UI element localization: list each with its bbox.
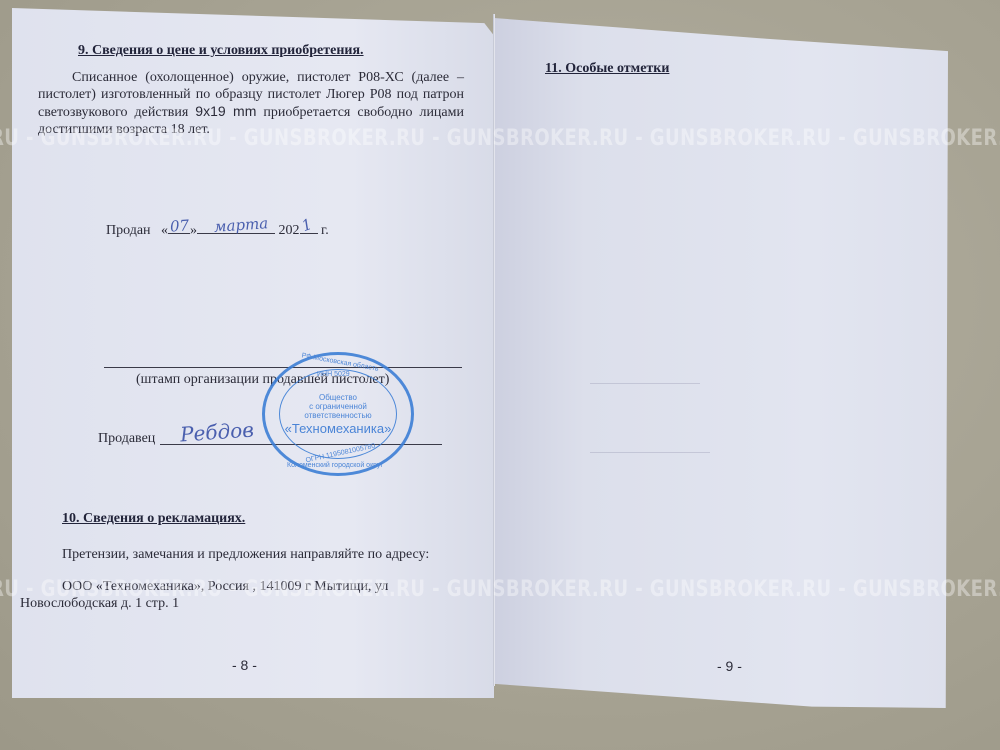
caliber: 9х19 mm (195, 103, 256, 119)
sold-close-quote: » (190, 223, 197, 238)
stamp-center: Общество с ограниченной ответственностью… (285, 393, 392, 436)
section-10-paragraph: Претензии, замечания и предложения напра… (62, 546, 429, 563)
stamp-company-name: «Техномеханика» (285, 421, 392, 436)
page-number-left: - 8 - (232, 657, 257, 673)
company-stamp: РФ Московская область ИНН 5029 Общество … (262, 352, 414, 476)
sold-year-prefix: 202 (279, 223, 300, 238)
handwritten-month: марта (213, 214, 268, 236)
section-9-heading: 9. Сведения о цене и условиях приобретен… (78, 42, 364, 59)
page-number-right: - 9 - (717, 658, 742, 674)
watermark-row: RU - GUNSBROKER.RU - GUNSBROKER.RU - GUN… (0, 577, 835, 602)
page-right (494, 18, 948, 708)
faint-show-through-line (590, 452, 710, 453)
stamp-line-1: Общество (285, 393, 392, 402)
handwritten-day: 07 (169, 216, 189, 235)
watermark-row: RU - GUNSBROKER.RU - GUNSBROKER.RU - GUN… (0, 126, 835, 151)
stamp-line (104, 367, 462, 368)
sold-year-unit: г. (321, 223, 329, 238)
sold-label: Продан (106, 223, 151, 238)
sold-open-quote: « (161, 223, 168, 238)
faint-show-through-line (590, 383, 700, 384)
stamp-line-2: с ограниченной (285, 402, 392, 411)
stamp-ring-inner: ИНН 5029 (317, 371, 350, 378)
seller-signature: Ребдов (179, 417, 254, 446)
section-10-heading: 10. Сведения о рекламациях. (62, 510, 245, 527)
stamp-ring-bottom: Коломенский городской округ (287, 462, 383, 469)
seller-label: Продавец (98, 430, 155, 447)
stamp-line-3: ответственностью (285, 411, 392, 420)
section-11-heading: 11. Особые отметки (545, 60, 669, 77)
